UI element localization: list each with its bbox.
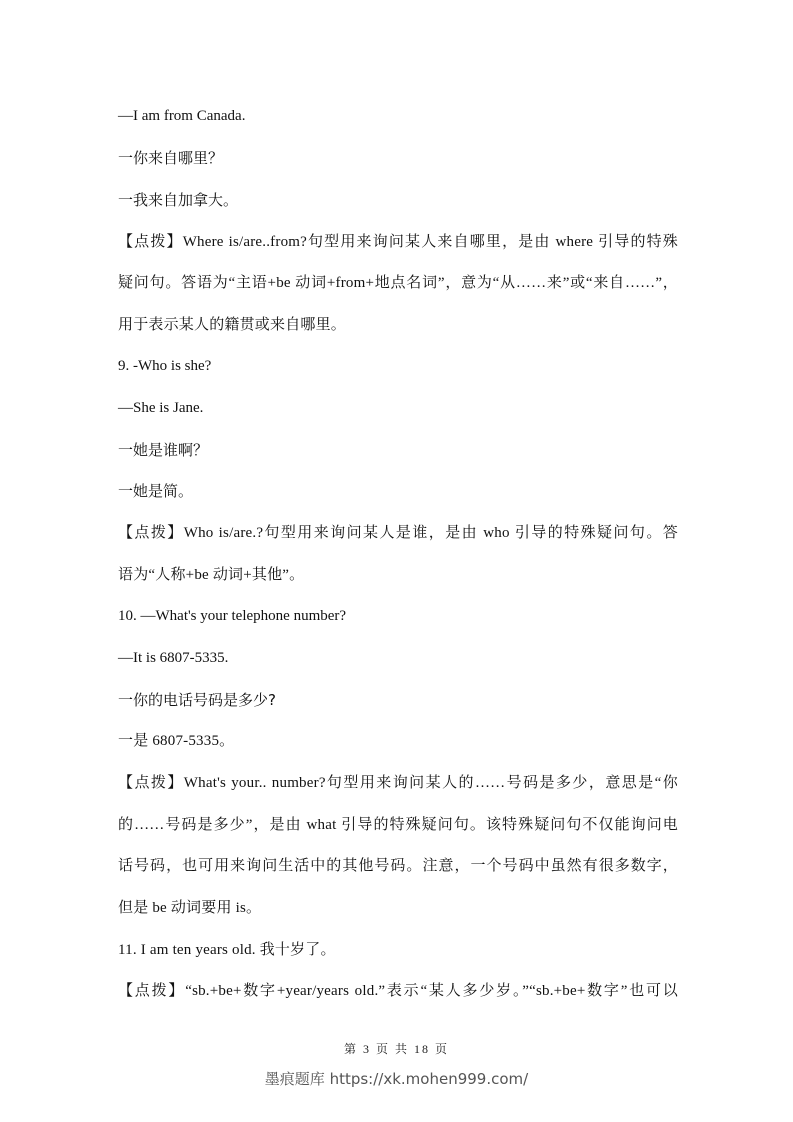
translation-9-question-line: 一她是谁啊？ [118,440,678,460]
sentence-11-line: 11. I am ten years old. 我十岁了。 [118,940,678,960]
answer-line-canada: —I am from Canada. [118,106,678,126]
tip-paragraph-who-line-1: 【点拨】Who is/are.?句型用来询问某人是谁，是由 who 引导的特殊疑… [118,523,678,543]
translation-10-answer-line: 一是 6807-5335。 [118,731,678,751]
tip-paragraph-where-line-3: 用于表示某人的籍贯或来自哪里。 [118,315,678,335]
tip-paragraph-age-line-1: 【点拨】“sb.+be+数字+year/years old.”表示“某人多少岁。… [118,981,678,1001]
answer-9-line: —She is Jane. [118,398,678,418]
translation-answer-line: 一我来自加拿大。 [118,190,678,210]
tip-paragraph-who-line-2: 语为“人称+be 动词+其他”。 [118,565,678,585]
answer-10-line: —It is 6807-5335. [118,648,678,668]
question-9-line: 9. -Who is she? [118,356,678,376]
tip-paragraph-what-line-4: 但是 be 动词要用 is。 [118,898,678,918]
watermark-link[interactable]: 墨痕题库 https://xk.mohen999.com/ [0,1068,793,1089]
tip-paragraph-what-line-1: 【点拨】What's your.. number?句型用来询问某人的……号码是多… [118,773,678,793]
question-10-line: 10. —What's your telephone number? [118,606,678,626]
translation-9-answer-line: 一她是简。 [118,481,678,501]
translation-10-question-line: 一你的电话号码是多少? [118,690,678,710]
tip-paragraph-where-line-2: 疑问句。答语为“主语+be 动词+from+地点名词”，意为“从……来”或“来自… [118,273,678,293]
translation-question-line: 一你来自哪里？ [118,148,678,168]
tip-paragraph-where-line-1: 【点拨】Where is/are..from?句型用来询问某人来自哪里，是由 w… [118,232,678,252]
tip-paragraph-what-line-3: 话号码，也可用来询问生活中的其他号码。注意，一个号码中虽然有很多数字， [118,856,678,876]
page-indicator: 第 3 页 共 18 页 [0,1040,793,1057]
tip-paragraph-what-line-2: 的……号码是多少”，是由 what 引导的特殊疑问句。该特殊疑问句不仅能询问电 [118,815,678,835]
document-page: —I am from Canada. 一你来自哪里？ 一我来自加拿大。 【点拨】… [0,0,793,1122]
